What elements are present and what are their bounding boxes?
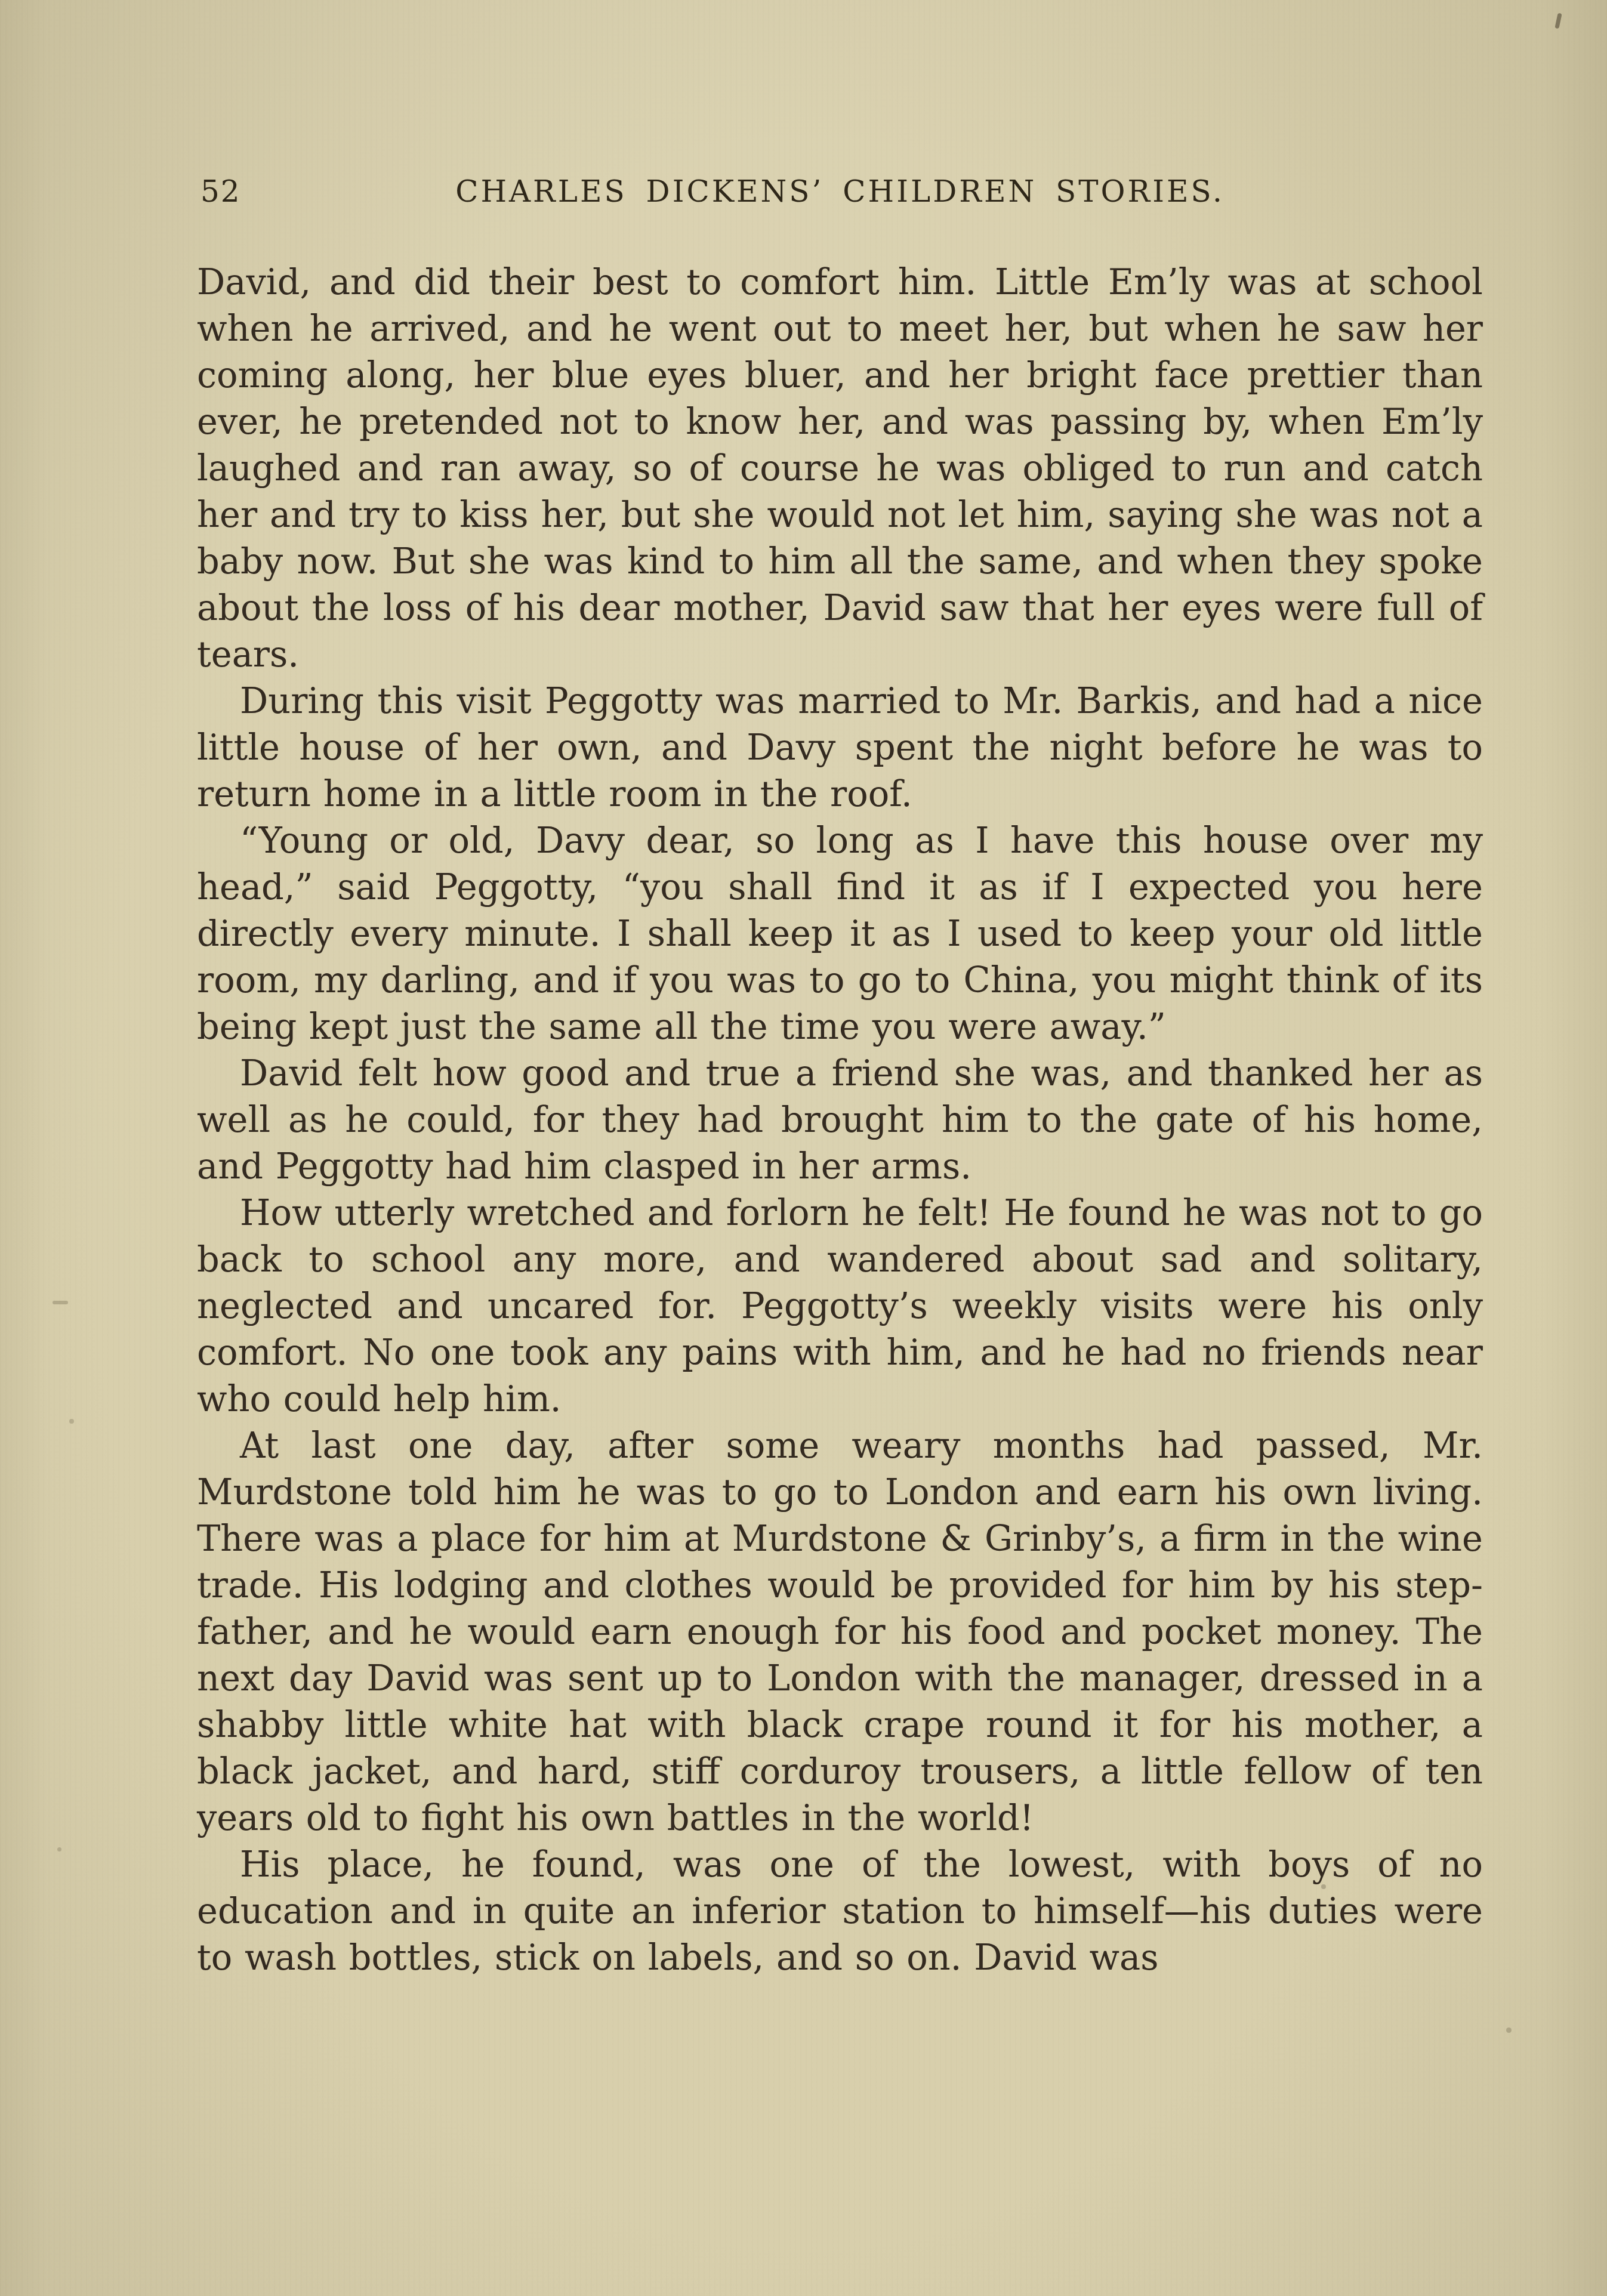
paragraph: “Young or old, Davy dear, so long as I h… xyxy=(197,817,1483,1050)
paper-speck xyxy=(1321,1884,1326,1889)
paragraph: At last one day, after some weary months… xyxy=(197,1422,1483,1841)
page-header: 52 CHARLES DICKENS’ CHILDREN STORIES. xyxy=(197,174,1483,212)
paper-speck xyxy=(53,1301,68,1304)
paragraph: How utterly wretched and forlorn he felt… xyxy=(197,1190,1483,1422)
running-title: CHARLES DICKENS’ CHILDREN STORIES. xyxy=(197,174,1483,209)
body-text: David, and did their best to comfort him… xyxy=(197,259,1483,1981)
paragraph: During this visit Peggotty was married t… xyxy=(197,678,1483,817)
page-number: 52 xyxy=(201,174,241,209)
paper-speck xyxy=(1506,2027,1512,2033)
paper-speck xyxy=(1554,13,1562,29)
paper-speck xyxy=(57,1847,61,1851)
paragraph: His place, he found, was one of the lowe… xyxy=(197,1841,1483,1981)
paper-speck xyxy=(69,1419,74,1424)
book-page: 52 CHARLES DICKENS’ CHILDREN STORIES. Da… xyxy=(0,0,1607,2296)
paragraph: David, and did their best to comfort him… xyxy=(197,259,1483,678)
paragraph: David felt how good and true a friend sh… xyxy=(197,1050,1483,1190)
